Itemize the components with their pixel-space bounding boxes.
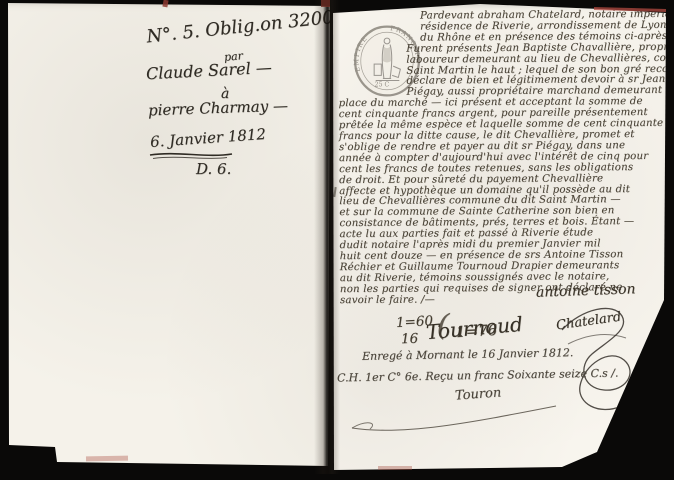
cover-creditor-name: pierre Charmay — [148, 97, 288, 120]
margin-mark [333, 187, 336, 197]
cover-debtor-name: Claude Sarel — [146, 58, 273, 84]
registrar-flourish [344, 396, 568, 438]
scanned-notarial-register: N°. 5. Oblig.on 3200.f par Claude Sarel … [0, 0, 674, 480]
cover-heading: N°. 5. Oblig.on 3200.f [145, 6, 347, 48]
fee-brace: ( [436, 308, 450, 344]
act-text-block: Pardevant abraham Chatelard, notaire imp… [336, 10, 662, 307]
registration-line-1: Enregé à Mornant le 16 Janvier 1812. [362, 346, 574, 363]
fee-amount-1: 1=60 [396, 313, 434, 331]
fee-amount-2: 16 [401, 331, 419, 348]
cover-date: 6. Janvier 1812 [150, 125, 267, 151]
cover-reference: D. 6. [196, 160, 231, 178]
fee-total: 1=76 [456, 321, 498, 341]
